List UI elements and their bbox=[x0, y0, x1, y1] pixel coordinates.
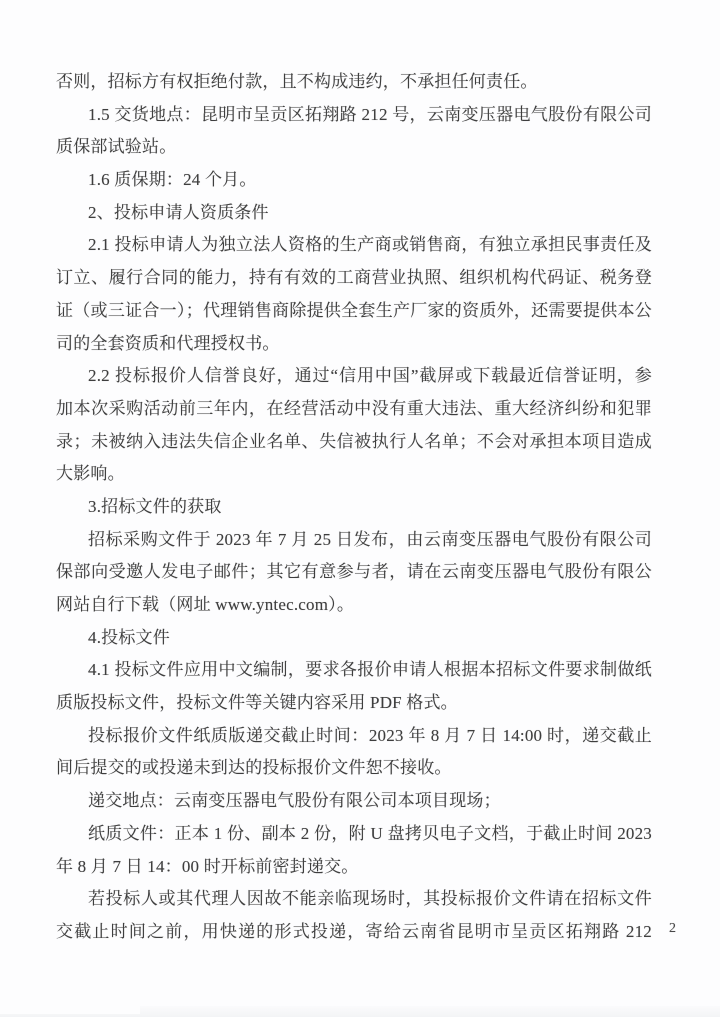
text-line: 司的全套资质和代理授权书。 bbox=[56, 328, 652, 361]
text-line: 2.2 投标报价人信誉良好，通过“信用中国”截屏或下载最近信誉证明，参 bbox=[56, 360, 652, 393]
text-line: 订立、履行合同的能力，持有有效的工商营业执照、组织机构代码证、税务登记 bbox=[56, 262, 652, 295]
page-bottom-edge-left bbox=[0, 1005, 140, 1014]
text-line: 录；未被纳入违法失信企业名单、失信被执行人名单；不会对承担本项目造成重 bbox=[56, 426, 652, 459]
text-line: 4.1 投标文件应用中文编制，要求各报价申请人根据本招标文件要求制做纸 bbox=[56, 654, 652, 687]
text-line: 2、投标申请人资质条件 bbox=[56, 197, 652, 230]
page-number: 2 bbox=[669, 920, 676, 938]
text-line: 2.1 投标申请人为独立法人资格的生产商或销售商，有独立承担民事责任及 bbox=[56, 229, 652, 262]
text-line: 递交地点：云南变压器电气股份有限公司本项目现场； bbox=[56, 785, 652, 818]
text-line: 质保部试验站。 bbox=[56, 131, 652, 164]
text-line: 1.5 交货地点：昆明市呈贡区拓翔路 212 号，云南变压器电气股份有限公司 bbox=[56, 99, 652, 132]
text-line: 大影响。 bbox=[56, 458, 652, 491]
text-line: 1.6 质保期：24 个月。 bbox=[56, 164, 652, 197]
text-line: 证（或三证合一）；代理销售商除提供全套生产厂家的资质外，还需要提供本公 bbox=[56, 295, 652, 328]
text-line: 保部向受邀人发电子邮件；其它有意参与者，请在云南变压器电气股份有限公司 bbox=[56, 556, 652, 589]
text-line: 网站自行下载（网址 www.yntec.com）。 bbox=[56, 589, 652, 622]
text-line: 4.投标文件 bbox=[56, 622, 652, 655]
text-line: 交截止时间之前，用快递的形式投递，寄给云南省昆明市呈贡区拓翔路 212 号， bbox=[56, 916, 652, 949]
document-page: 否则，招标方有权拒绝付款，且不构成违约，不承担任何责任。1.5 交货地点：昆明市… bbox=[0, 0, 720, 1017]
text-line: 质版投标文件，投标文件等关键内容采用 PDF 格式。 bbox=[56, 687, 652, 720]
text-line: 投标报价文件纸质版递交截止时间：2023 年 8 月 7 日 14:00 时，递… bbox=[56, 720, 652, 753]
text-line: 3.招标文件的获取 bbox=[56, 491, 652, 524]
text-line: 年 8 月 7 日 14：00 时开标前密封递交。 bbox=[56, 851, 652, 884]
text-line: 纸质文件：正本 1 份、副本 2 份，附 U 盘拷贝电子文档，于截止时间 202… bbox=[56, 818, 652, 851]
text-line: 若投标人或其代理人因故不能亲临现场时，其投标报价文件请在招标文件递 bbox=[56, 883, 652, 916]
document-body: 否则，招标方有权拒绝付款，且不构成违约，不承担任何责任。1.5 交货地点：昆明市… bbox=[56, 66, 652, 949]
text-line: 否则，招标方有权拒绝付款，且不构成违约，不承担任何责任。 bbox=[56, 66, 652, 99]
text-line: 加本次采购活动前三年内，在经营活动中没有重大违法、重大经济纠纷和犯罪记 bbox=[56, 393, 652, 426]
text-line: 招标采购文件于 2023 年 7 月 25 日发布，由云南变压器电气股份有限公司… bbox=[56, 524, 652, 557]
text-line: 间后提交的或投递未到达的投标报价文件恕不接收。 bbox=[56, 752, 652, 785]
